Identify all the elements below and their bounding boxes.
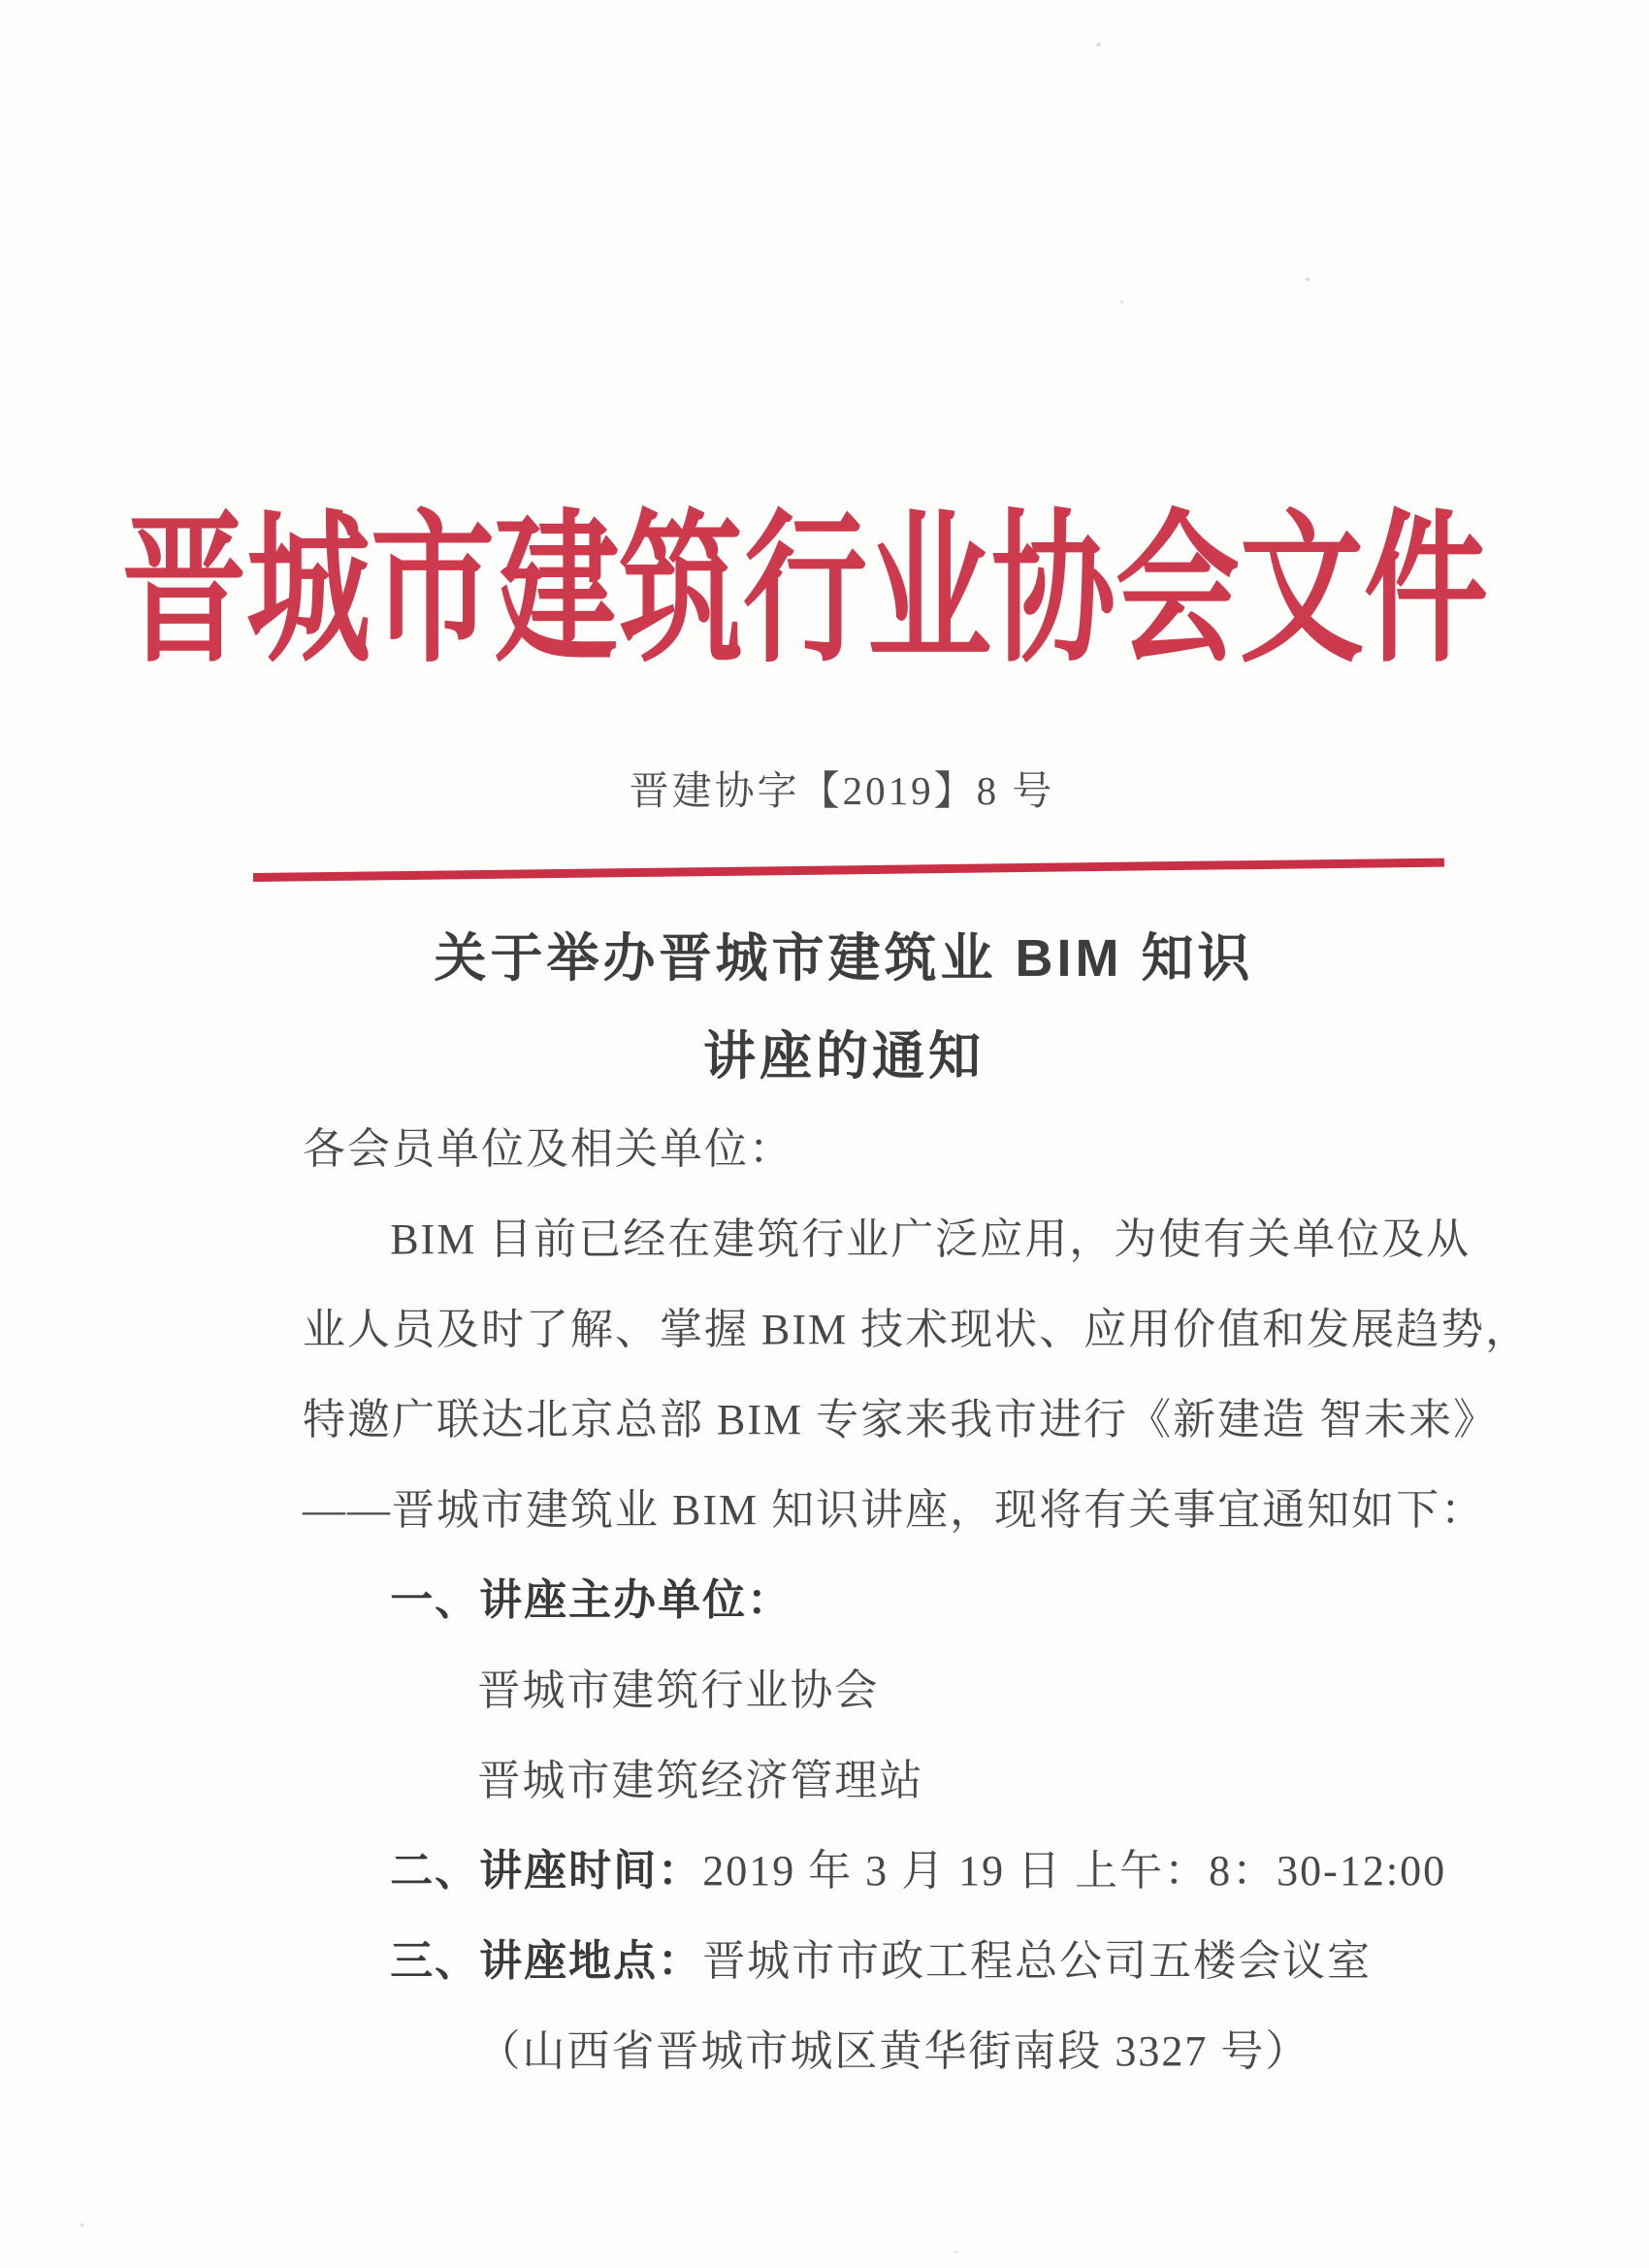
scan-speck: [954, 2251, 958, 2253]
paragraph-line: 业人员及时了解、掌握 BIM 技术现状、应用价值和发展趋势，: [303, 1284, 1462, 1375]
section-1-heading: 一、讲座主办单位：: [303, 1555, 1462, 1645]
scan-speck: [1120, 301, 1123, 304]
section-3-heading: 三、讲座地点：晋城市市政工程总公司五楼会议室: [303, 1916, 1462, 2006]
notice-title-line1: 关于举办晋城市建筑业 BIM 知识: [19, 910, 1649, 1008]
section-3-value: 晋城市市政工程总公司五楼会议室: [702, 1937, 1372, 1985]
section-2-label: 二、讲座时间：: [390, 1847, 702, 1895]
section-1-label: 一、讲座主办单位：: [390, 1576, 792, 1624]
section-1-item: 晋城市建筑经济管理站: [303, 1735, 1462, 1826]
document-page: 晋城市建筑行业协会文件 晋建协字【2019】8 号 关于举办晋城市建筑业 BIM…: [0, 0, 1649, 2268]
scan-speck: [80, 2223, 84, 2227]
letterhead-red-rule: [253, 859, 1444, 882]
notice-body: 各会员单位及相关单位： BIM 目前已经在建筑行业广泛应用，为使有关单位及从 业…: [303, 1104, 1462, 2096]
paragraph-line: ——晋城市建筑业 BIM 知识讲座，现将有关事宜通知如下：: [303, 1465, 1462, 1555]
letterhead-org-title: 晋城市建筑行业协会文件: [0, 458, 1630, 694]
notice-title: 关于举办晋城市建筑业 BIM 知识 讲座的通知: [19, 910, 1649, 1106]
scan-speck: [1306, 277, 1309, 281]
section-3-label: 三、讲座地点：: [390, 1937, 702, 1985]
paragraph-line: 特邀广联达北京总部 BIM 专家来我市进行《新建造 智未来》: [303, 1375, 1462, 1465]
section-3-note: （山西省晋城市城区黄华街南段 3327 号）: [303, 2006, 1462, 2096]
section-2-heading: 二、讲座时间：2019 年 3 月 19 日 上午：8：30-12:00: [303, 1826, 1462, 1916]
section-1-item: 晋城市建筑行业协会: [303, 1645, 1462, 1735]
document-number: 晋建协字【2019】8 号: [17, 759, 1649, 816]
scan-speck: [1096, 43, 1101, 47]
salutation: 各会员单位及相关单位：: [303, 1104, 1462, 1194]
section-2-value: 2019 年 3 月 19 日 上午：8：30-12:00: [702, 1847, 1446, 1895]
paragraph-line: BIM 目前已经在建筑行业广泛应用，为使有关单位及从: [303, 1194, 1462, 1284]
notice-title-line2: 讲座的通知: [19, 1008, 1649, 1106]
